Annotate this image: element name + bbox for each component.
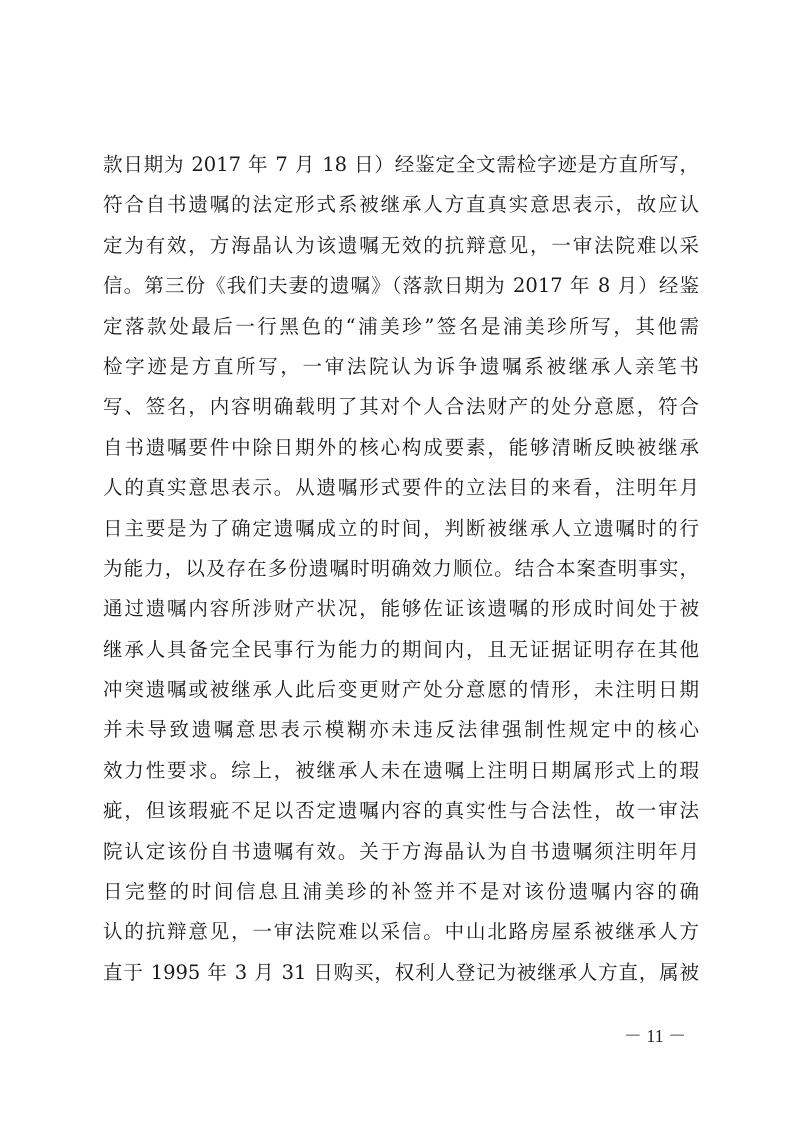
text-line: 信。第三份《我们夫妻的遗嘱》（落款日期为 2017 年 8 月）经鉴 bbox=[103, 266, 699, 306]
text-line: 疵，但该瑕疵不足以否定遗嘱内容的真实性与合法性，故一审法 bbox=[103, 791, 699, 831]
text-line: 日完整的时间信息且浦美珍的补签并不是对该份遗嘱内容的确 bbox=[103, 872, 699, 912]
text-line: 直于 1995 年 3 月 31 日购买，权利人登记为被继承人方直，属被 bbox=[103, 953, 699, 993]
text-line: 并未导致遗嘱意思表示模糊亦未违反法律强制性规定中的核心 bbox=[103, 710, 699, 750]
text-line: 日主要是为了确定遗嘱成立的时间，判断被继承人立遗嘱时的行 bbox=[103, 509, 699, 549]
text-line: 符合自书遗嘱的法定形式系被继承人方直真实意思表示，故应认 bbox=[103, 185, 699, 225]
text-line: 定为有效，方海晶认为该遗嘱无效的抗辩意见，一审法院难以采 bbox=[103, 226, 699, 266]
document-page: 款日期为 2017 年 7 月 18 日）经鉴定全文需检字迹是方直所写， 符合自… bbox=[0, 0, 800, 1131]
text-line: 效力性要求。综上，被继承人未在遗嘱上注明日期属形式上的瑕 bbox=[103, 751, 699, 791]
text-line: 定落款处最后一行黑色的“浦美珍”签名是浦美珍所写，其他需 bbox=[103, 307, 699, 347]
text-line: 为能力，以及存在多份遗嘱时明确效力顺位。结合本案查明事实， bbox=[103, 549, 699, 589]
text-line: 检字迹是方直所写，一审法院认为诉争遗嘱系被继承人亲笔书 bbox=[103, 347, 699, 387]
page-number: － 11 － bbox=[600, 1022, 710, 1048]
text-line: 款日期为 2017 年 7 月 18 日）经鉴定全文需检字迹是方直所写， bbox=[103, 145, 699, 185]
text-line: 认的抗辩意见，一审法院难以采信。中山北路房屋系被继承人方 bbox=[103, 912, 699, 952]
text-line: 通过遗嘱内容所涉财产状况，能够佐证该遗嘱的形成时间处于被 bbox=[103, 589, 699, 629]
text-line: 继承人具备完全民事行为能力的期间内，且无证据证明存在其他 bbox=[103, 630, 699, 670]
text-line: 人的真实意思表示。从遗嘱形式要件的立法目的来看，注明年月 bbox=[103, 468, 699, 508]
body-text: 款日期为 2017 年 7 月 18 日）经鉴定全文需检字迹是方直所写， 符合自… bbox=[103, 145, 699, 993]
text-line: 院认定该份自书遗嘱有效。关于方海晶认为自书遗嘱须注明年月 bbox=[103, 832, 699, 872]
text-line: 自书遗嘱要件中除日期外的核心构成要素，能够清晰反映被继承 bbox=[103, 428, 699, 468]
text-line: 写、签名，内容明确载明了其对个人合法财产的处分意愿，符合 bbox=[103, 387, 699, 427]
text-line: 冲突遗嘱或被继承人此后变更财产处分意愿的情形，未注明日期 bbox=[103, 670, 699, 710]
